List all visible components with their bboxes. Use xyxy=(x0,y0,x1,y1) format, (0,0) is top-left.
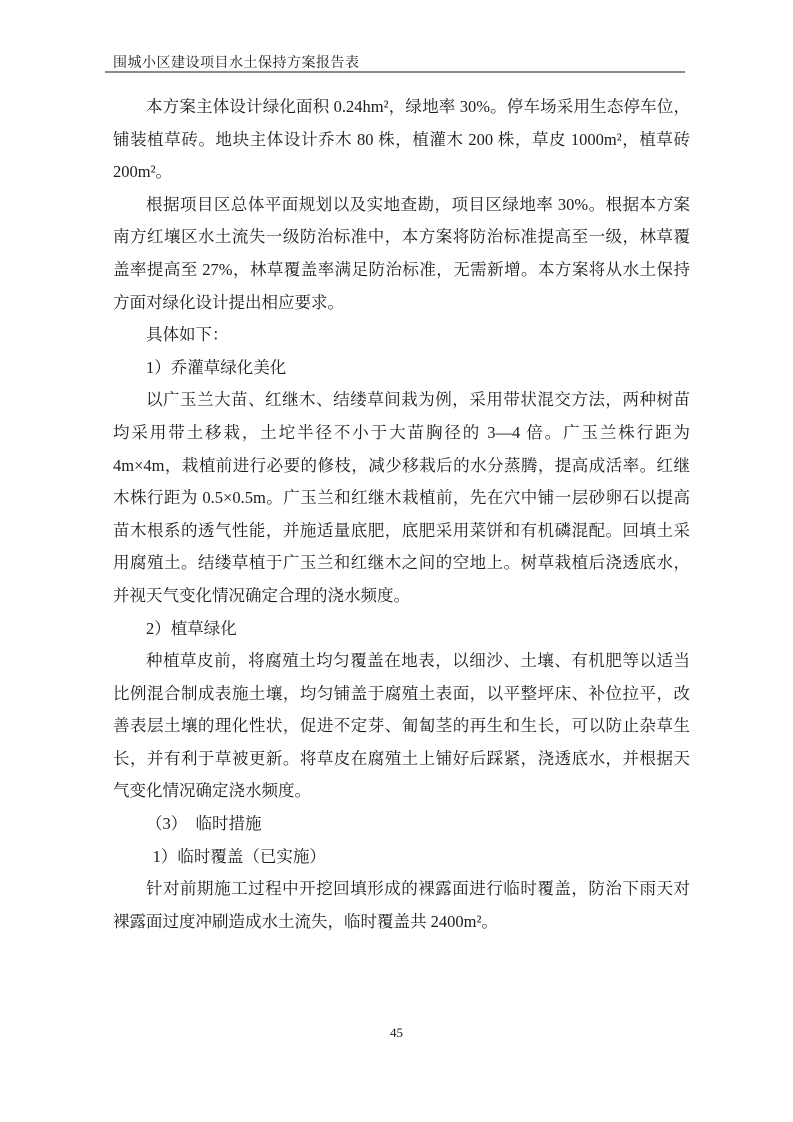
paragraph: （3） 临时措施 xyxy=(113,808,690,841)
document-body: 本方案主体设计绿化面积 0.24hm²，绿地率 30%。停车场采用生态停车位，铺… xyxy=(113,91,690,938)
paragraph: 2）植草绿化 xyxy=(113,613,690,646)
paragraph: 1）乔灌草绿化美化 xyxy=(113,352,690,385)
paragraph: 1）临时覆盖（已实施） xyxy=(113,841,690,874)
paragraph: 种植草皮前，将腐殖土均匀覆盖在地表，以细沙、土壤、有机肥等以适当比例混合制成表施… xyxy=(113,645,690,808)
paragraph: 针对前期施工过程中开挖回填形成的裸露面进行临时覆盖，防治下雨天对裸露面过度冲刷造… xyxy=(113,873,690,938)
paragraph: 根据项目区总体平面规划以及实地查勘，项目区绿地率 30%。根据本方案南方红壤区水… xyxy=(113,189,690,319)
paragraph: 具体如下： xyxy=(113,319,690,352)
document-header-title: 围城小区建设项目水土保持方案报告表 xyxy=(113,52,360,72)
document-page: 围城小区建设项目水土保持方案报告表 本方案主体设计绿化面积 0.24hm²，绿地… xyxy=(0,0,793,1122)
paragraph: 以广玉兰大苗、红继木、结缕草间栽为例，采用带状混交方法，两种树苗均采用带土移栽，… xyxy=(113,384,690,612)
paragraph: 本方案主体设计绿化面积 0.24hm²，绿地率 30%。停车场采用生态停车位，铺… xyxy=(113,91,690,189)
page-number: 45 xyxy=(0,1025,793,1041)
header-rule xyxy=(105,71,685,73)
